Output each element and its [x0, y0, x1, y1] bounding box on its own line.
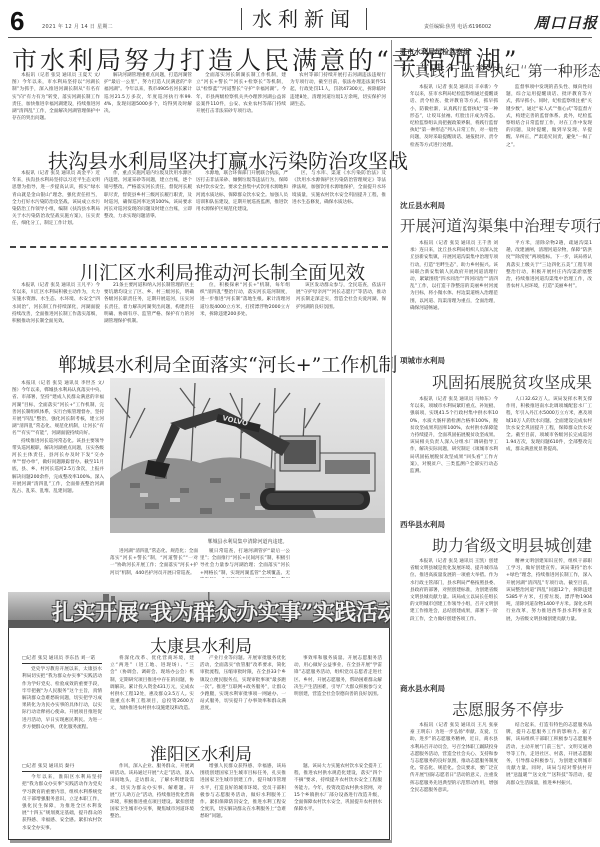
taikang-headline: 太康县水利局: [150, 632, 252, 657]
xihua-headline: 助力省级文明县城创建: [432, 533, 592, 556]
shenqiu-kicker: 沈丘县水利局: [400, 200, 445, 211]
excavator-illustration: VOLVO: [110, 378, 385, 533]
fugou-column-1: 本报讯（记者 张昊 通讯员 高金平）近年来，扶沟县水利局坚持以习近平生态文明思想…: [12, 170, 100, 242]
section-title: 水利新闻: [241, 8, 367, 30]
shenqiu-column-1: 本报讯（记者 张昊 通讯员 王千善 刘承）连日来，沈丘县水利局组织人员深入沈丘县…: [410, 240, 498, 325]
fugou-column-4: 区，与水库、渠道《水污染防治法》及《饮用水水源保护区污染防治管理规定》等法律法规…: [292, 170, 386, 242]
xiangcheng-column-1: 本报讯（记者 张昊 通讯员 马帅东）今年以来，项城市水利局紧盯重点、补短板、强弱…: [410, 396, 498, 486]
masthead: 6 2021 年 12 月 14 日 星期二 水利新闻 责任编辑:焦男 电话:6…: [0, 0, 600, 36]
special-banner: 扎实开展“我为群众办实事”实践活动: [8, 592, 390, 628]
shangshui-column-2: 结合起来，打造有特色的志愿服务品牌，提升志愿服务工作的影响力。据了解，该局组织干…: [506, 722, 592, 842]
lead-column-2: 解决河湖管理重难点问题，打造河湖管护“最后一公里”，努力打造人民满意的“幸福河湖…: [104, 72, 192, 132]
taikang-column-4: 事效率和服务质量。开展志愿服务活动，用心做好公益事业，在全县开展“学雷锋”志愿服…: [294, 655, 382, 735]
dancheng-headline: 郸城县水利局全面落实“河长+”工作机制: [58, 350, 397, 377]
huaiyang-byline: □记者 张昊 通讯员 秦丹: [22, 763, 102, 772]
xiangcheng-kicker: 项城市水利局: [400, 355, 445, 366]
taikang-column-2: 将深化改革、优化营商环境，建立“两进”（进工地、进现场）、“三会”（协调会、调研…: [110, 655, 194, 735]
special-banner-title: 扎实开展“我为群众办实事”实践活动: [52, 596, 390, 627]
photo-caption: 郸城县水利局集中清除河道内违建。: [110, 538, 385, 545]
shenqiu-column-2: 平方米，清除杂物2趟，疏通沟渠1趟，改建涵闸，清理河道杂物，保障“防洪度”“除涝…: [506, 240, 592, 325]
masthead-rule: [8, 37, 592, 38]
dancheng-column-2: 进河湖“清四乱”常态化、规范化；全面落实“河长+警长”制，“河道警长”“一对一”…: [110, 548, 198, 578]
taikang-column-1: □记者 张昊 通讯员 李东昌 刘一诺 党史学习教育开展以来，太康县水利局切实把“…: [22, 655, 102, 735]
shangshui-headline: 志愿服务不停步: [452, 697, 564, 720]
lead-column-3: 全面落实河长制湖长制工作机制，建立“河长+警长”“河长+检察长”等机制，以“检察…: [196, 72, 286, 132]
editor-contact: 责任编辑:焦男 电话:6196002: [424, 23, 491, 30]
huaiyang-column-4: 题。该局大力实施农村饮水安全提升工程，推进农村供水规范化建设，落实“四个不摘”要…: [294, 763, 382, 835]
chuanhui-column-4: 该区发动群众参与，全民巡查，依法开展“守护母亲河”“河长志愿行”等活动，推动河长…: [296, 282, 386, 332]
fugou-column-3: 水源地，联合环保部门开展联合执法，严厉打击非法采砂、倾倒垃圾等违法行为，保障农村…: [196, 170, 288, 242]
huaiyang-column-3: 增强人民群众获得感、幸福感，该局围绕创建国家卫生城市目标任务，扎实推进国家卫生城…: [200, 763, 286, 835]
chuanhui-column-3: 位，积极探索“河长+”机制，每年组织“清四乱”整治行动，落实河长巡河制度，进一步…: [200, 282, 290, 332]
dancheng-column-1: 本报讯（记者 张昊 通讯员 李世杰 文/图）今年以来，郸城县水利局认真落实中央、…: [12, 380, 104, 583]
section-divider: [10, 246, 388, 248]
xiangcheng-column-2: 人口32.62万人。该局发挥水利支撑作用，积极推进南水北调项城配套水厂工程，年引…: [506, 396, 592, 486]
lead-column-1: 本报讯（记者 张昊 通讯员 王夏天 文/图）今年以来，市水利局坚持以“河湖长制”…: [12, 72, 100, 132]
huaiyang-headline: 淮阳区水利局: [150, 740, 252, 765]
excavator-photo: VOLVO: [110, 378, 385, 533]
taikang-byline: □记者 张昊 通讯员 李东昌 刘一诺: [22, 655, 102, 664]
chuanhui-headline: 川汇区水利局推动河长制全面见效: [80, 258, 365, 285]
huaiyang-column-1: □记者 张昊 通讯员 秦丹 今年以来，淮阳区水利局坚持把“我为群众办实事”实践活…: [22, 763, 102, 835]
discipline-kicker: 驻市水利局纪检监察组: [400, 47, 470, 57]
chuanhui-column-2: 21条主要河道和纳入河长制管理的区主要坑塘均设立了区、乡、村三级河长，明确各级河…: [104, 282, 194, 332]
page-number: 6: [10, 8, 24, 34]
xihua-column-1: 本报讯（记者 张昊 通讯员 王凯）创建省级文明县城是优化发展环境、提升城市品位、…: [410, 558, 498, 658]
discipline-column-1: 本报讯（记者 张昊 通讯员 辛卓新）今年以来，驻市水利局纪检监察组通过提醒谈话、…: [410, 84, 498, 164]
huaiyang-column-2: 作风，深入企业、服务群众，开展调研活动。该局通过开展“大走”活动，深入田间地头，…: [110, 763, 194, 835]
taikang-column-3: 产业行业等问题。开展审批服务优化活动，全面落实“放管服”改革要求，简化审批流程，…: [200, 655, 286, 735]
shenqiu-headline: 开展河道沟渠集中治理专项行动: [400, 214, 600, 236]
shangshui-kicker: 商水县水利局: [400, 683, 445, 694]
box-shadow: [10, 840, 392, 843]
newspaper-logo: 周口日报: [534, 12, 598, 33]
fugou-column-2: 作，重点实施河道内垃圾及饮用水源区内违建、河道采砂等问题，建立台账，逐个销号整改…: [104, 170, 192, 242]
chuanhui-column-1: 本报讯（记者 张昊 通讯员 王凡平）今年以来，川汇区水利局积极主动作为，大力实施…: [12, 282, 100, 332]
column-divider: [391, 40, 392, 840]
discipline-headline: 认真践行监督执纪“第一种形态”: [400, 60, 600, 81]
shangshui-column-1: 本报讯（记者 张昊 通讯员 王凡 张豪豪 王明东）为进一步弘扬“奉献、友爱、互助…: [410, 722, 498, 842]
dancheng-column-3: 履日常巡查，打通河湖管护“最后一公里”；全面推行“河长+民间河长”制，积极引导社…: [200, 548, 290, 578]
issue-date: 2021 年 12 月 14 日 星期二: [42, 23, 113, 30]
discipline-column-2: 监督事项中发现的苗头性、倾向性问题，综合运用提醒谈话、批评教育等方式，抓早抓小。…: [506, 84, 592, 164]
lead-column-4: 农村等部门持续开展打击河湖违法违规行为专项行动，截至目前，依法办理违法案件51起…: [290, 72, 386, 132]
xihua-column-2: 精神文明创建知识宣传，组织干部职工学习，做好创建宣传。该局秉持“治水+绿色”理念…: [506, 558, 592, 658]
xiangcheng-headline: 巩固拓展脱贫攻坚成果: [432, 370, 592, 393]
xihua-kicker: 西华县水利局: [400, 519, 445, 530]
